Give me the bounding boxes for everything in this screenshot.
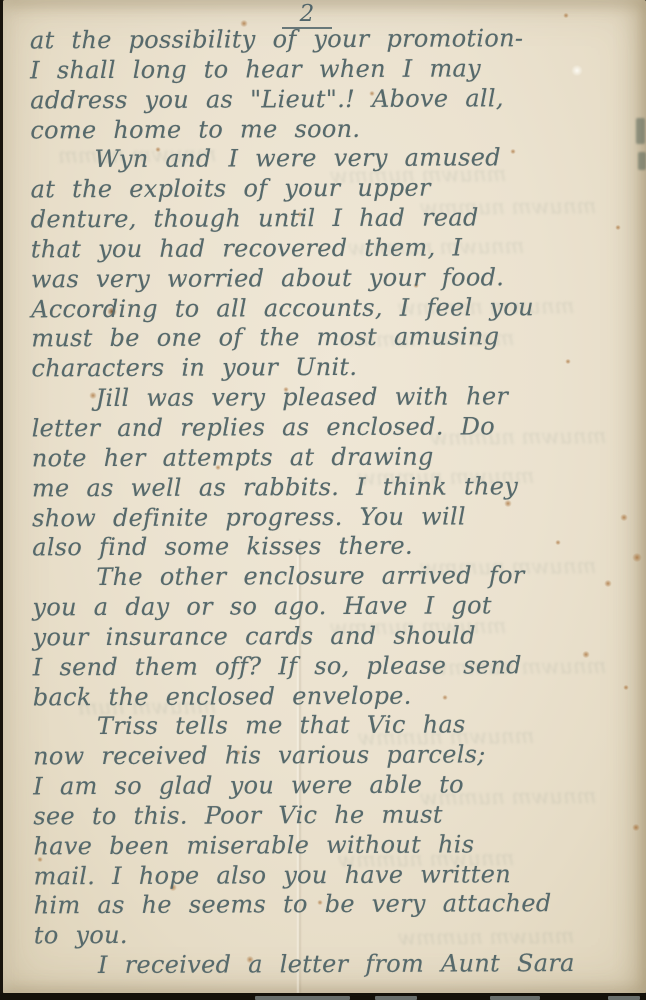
scan-edge-highlight: [255, 996, 350, 1000]
letter-line: must be one of the most amusing: [31, 322, 637, 354]
letter-line: denture, though until I had read: [31, 203, 637, 235]
letter-line: According to all accounts, I feel you: [31, 292, 637, 324]
letter-line: letter and replies as enclosed. Do: [32, 412, 638, 444]
letter-line: The other enclosure arrived for: [32, 561, 638, 593]
letter-line: characters in your Unit.: [31, 352, 637, 384]
letter-line: at the exploits of your upper: [31, 173, 637, 205]
scan-edge-highlight: [608, 996, 640, 1000]
letter-line: him as he seems to be very attached: [34, 889, 640, 921]
letter-line: I shall long to hear when I may: [30, 54, 636, 86]
letter-line: was very worried about your food.: [31, 262, 637, 294]
letter-line: that you had recovered them, I: [31, 233, 637, 265]
letter-lines: at the possibility of your promotion-I s…: [30, 24, 640, 982]
letter-line: show definite progress. You will: [32, 501, 638, 533]
letter-line: your insurance cards and should: [33, 621, 639, 653]
letter-line: see to this. Poor Vic he must: [33, 800, 639, 832]
scan-bottom-edge: [0, 993, 646, 1000]
letter-line: note her attempts at drawing: [32, 441, 638, 473]
letter-line: now received his various parcels;: [33, 740, 639, 772]
foxing-stain: [563, 13, 569, 18]
scan-edge-highlight: [375, 996, 417, 1000]
letter-line: Jill was very pleased with her: [31, 382, 637, 414]
letter-line: have been miserable without his: [33, 829, 639, 861]
letter-line: address you as "Lieut".! Above all,: [30, 83, 636, 115]
letter-line: to you.: [34, 919, 640, 951]
letter-line: Wyn and I were very amused: [30, 143, 636, 175]
letter-line: also find some kisses there.: [32, 531, 638, 563]
letter-line: me as well as rabbits. I think they: [32, 471, 638, 503]
scanned-letter-photo: mnuwm nummwmnuwm nummwmnuwm nummwmnuwm n…: [0, 0, 646, 1000]
letter-line: I am so glad you were able to: [33, 770, 639, 802]
letter-line: Triss tells me that Vic has: [33, 710, 639, 742]
letter-line: I send them off? If so, please send: [33, 650, 639, 682]
letter-line: mail. I hope also you have written: [34, 859, 640, 891]
scan-edge-highlight: [490, 996, 540, 1000]
letter-line: back the enclosed envelope.: [33, 680, 639, 712]
letter-line: come home to me soon.: [30, 113, 636, 145]
letter-line: at the possibility of your promotion-: [30, 24, 636, 56]
letter-line: you a day or so ago. Have I got: [32, 591, 638, 623]
letter-line: I received a letter from Aunt Sara: [34, 949, 640, 981]
